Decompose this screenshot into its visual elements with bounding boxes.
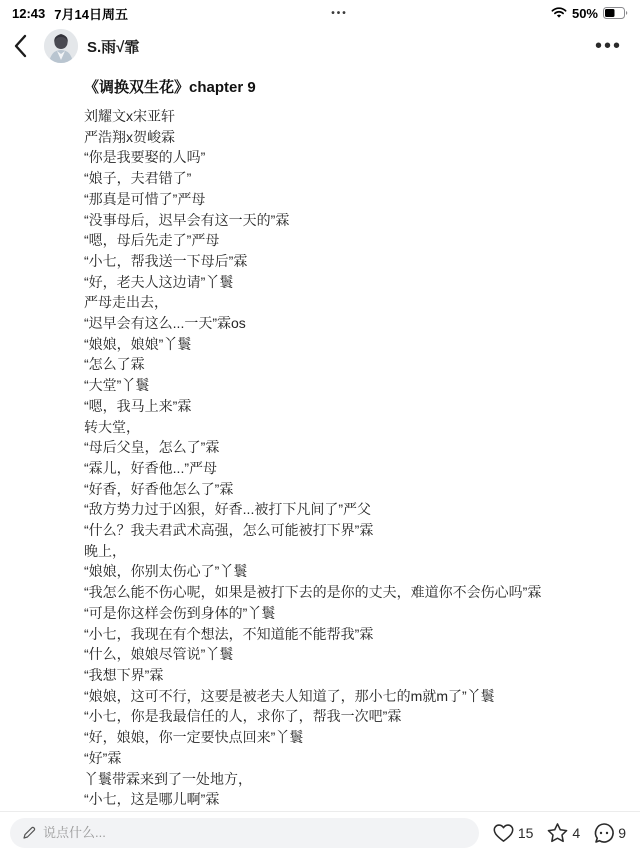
text-line: “怎么了霖 [84, 354, 600, 375]
text-line: 刘耀文x宋亚轩 [84, 106, 600, 127]
like-count: 15 [518, 825, 534, 841]
text-line: “小七，你是我最信任的人，求你了，帮我一次吧”霖 [84, 706, 600, 727]
comment-count: 9 [618, 825, 626, 841]
text-line: “霖儿，好香他...”严母 [84, 458, 600, 479]
comment-input[interactable] [43, 825, 467, 840]
nav-bar: S.雨√霏 ••• [0, 24, 640, 68]
text-line: “那真是可惜了”严母 [84, 189, 600, 210]
text-line: “小七，这是哪儿啊”霖 [84, 789, 600, 810]
text-line: 严母走出去， [84, 292, 600, 313]
multitask-dots-icon: ••• [128, 8, 551, 19]
text-line: “什么，娘娘尽管说”丫鬟 [84, 644, 600, 665]
clock-date: 7月14日周五 [54, 4, 128, 23]
heart-outline-icon [492, 822, 515, 844]
text-line: “小七，帮我送一下母后”霖 [84, 251, 600, 272]
text-line: 丫鬟带霖来到了一处地方， [84, 769, 600, 790]
avatar[interactable] [44, 29, 78, 63]
text-line: “敌方势力过于凶狠，好香...被打下凡间了”严父 [84, 499, 600, 520]
text-line: “娘娘，你别太伤心了”丫鬟 [84, 561, 600, 582]
text-line: “迟早会有这么...一天”霖os [84, 313, 600, 334]
text-line: “嗯，我马上来”霖 [84, 396, 600, 417]
text-line: “好，娘娘，你一定要快点回来”丫鬟 [84, 727, 600, 748]
star-outline-icon [546, 822, 569, 844]
comment-pill[interactable] [10, 818, 479, 848]
pencil-icon [22, 826, 36, 840]
text-line: “娘子，夫君错了” [84, 168, 600, 189]
text-line: 晚上， [84, 541, 600, 562]
text-line: “好，老夫人这边请”丫鬟 [84, 272, 600, 293]
status-bar: 12:43 7月14日周五 ••• 50% [0, 0, 640, 24]
text-line: “好香，好香他怎么了”霖 [84, 479, 600, 500]
more-button[interactable]: ••• [593, 37, 624, 55]
wifi-icon [551, 7, 567, 19]
text-line: “嗯，母后先走了”严母 [84, 230, 600, 251]
text-line: “什么？我夫君武术高强，怎么可能被打下界”霖 [84, 520, 600, 541]
bottom-bar: 15 4 9 [0, 811, 640, 853]
comment-button[interactable]: 9 [593, 822, 626, 844]
text-line: “好”霖 [84, 748, 600, 769]
text-line: 严浩翔x贺峻霖 [84, 127, 600, 148]
text-line: 转大堂， [84, 417, 600, 438]
collect-button[interactable]: 4 [546, 822, 580, 844]
back-button[interactable] [14, 31, 40, 61]
username[interactable]: S.雨√霏 [87, 36, 139, 57]
text-line: “可是你这样会伤到身体的”丫鬟 [84, 603, 600, 624]
text-line: “我怎么能不伤心呢，如果是被打下去的是你的丈夫，难道你不会伤心吗”霖 [84, 582, 600, 603]
like-button[interactable]: 15 [492, 822, 534, 844]
post-title: 《调换双生花》chapter 9 [84, 76, 600, 97]
text-line: “没事母后，迟早会有这一天的”霖 [84, 210, 600, 231]
text-line: “母后父皇，怎么了”霖 [84, 437, 600, 458]
battery-icon [603, 7, 628, 19]
text-line: “我想下界”霖 [84, 665, 600, 686]
clock-time: 12:43 [12, 6, 45, 21]
text-line: “大堂”丫鬟 [84, 375, 600, 396]
post-body: 刘耀文x宋亚轩严浩翔x贺峻霖“你是我要娶的人吗”“娘子，夫君错了”“那真是可惜了… [84, 106, 600, 831]
post-content: 《调换双生花》chapter 9 刘耀文x宋亚轩严浩翔x贺峻霖“你是我要娶的人吗… [0, 68, 640, 831]
battery-percent: 50% [572, 6, 598, 21]
text-line: “你是我要娶的人吗” [84, 147, 600, 168]
chat-bubble-icon [593, 822, 615, 844]
collect-count: 4 [572, 825, 580, 841]
chevron-left-icon [14, 34, 27, 58]
text-line: “娘娘，娘娘”丫鬟 [84, 334, 600, 355]
text-line: “娘娘，这可不行，这要是被老夫人知道了，那小七的m就m了”丫鬟 [84, 686, 600, 707]
text-line: “小七，我现在有个想法，不知道能不能帮我”霖 [84, 624, 600, 645]
